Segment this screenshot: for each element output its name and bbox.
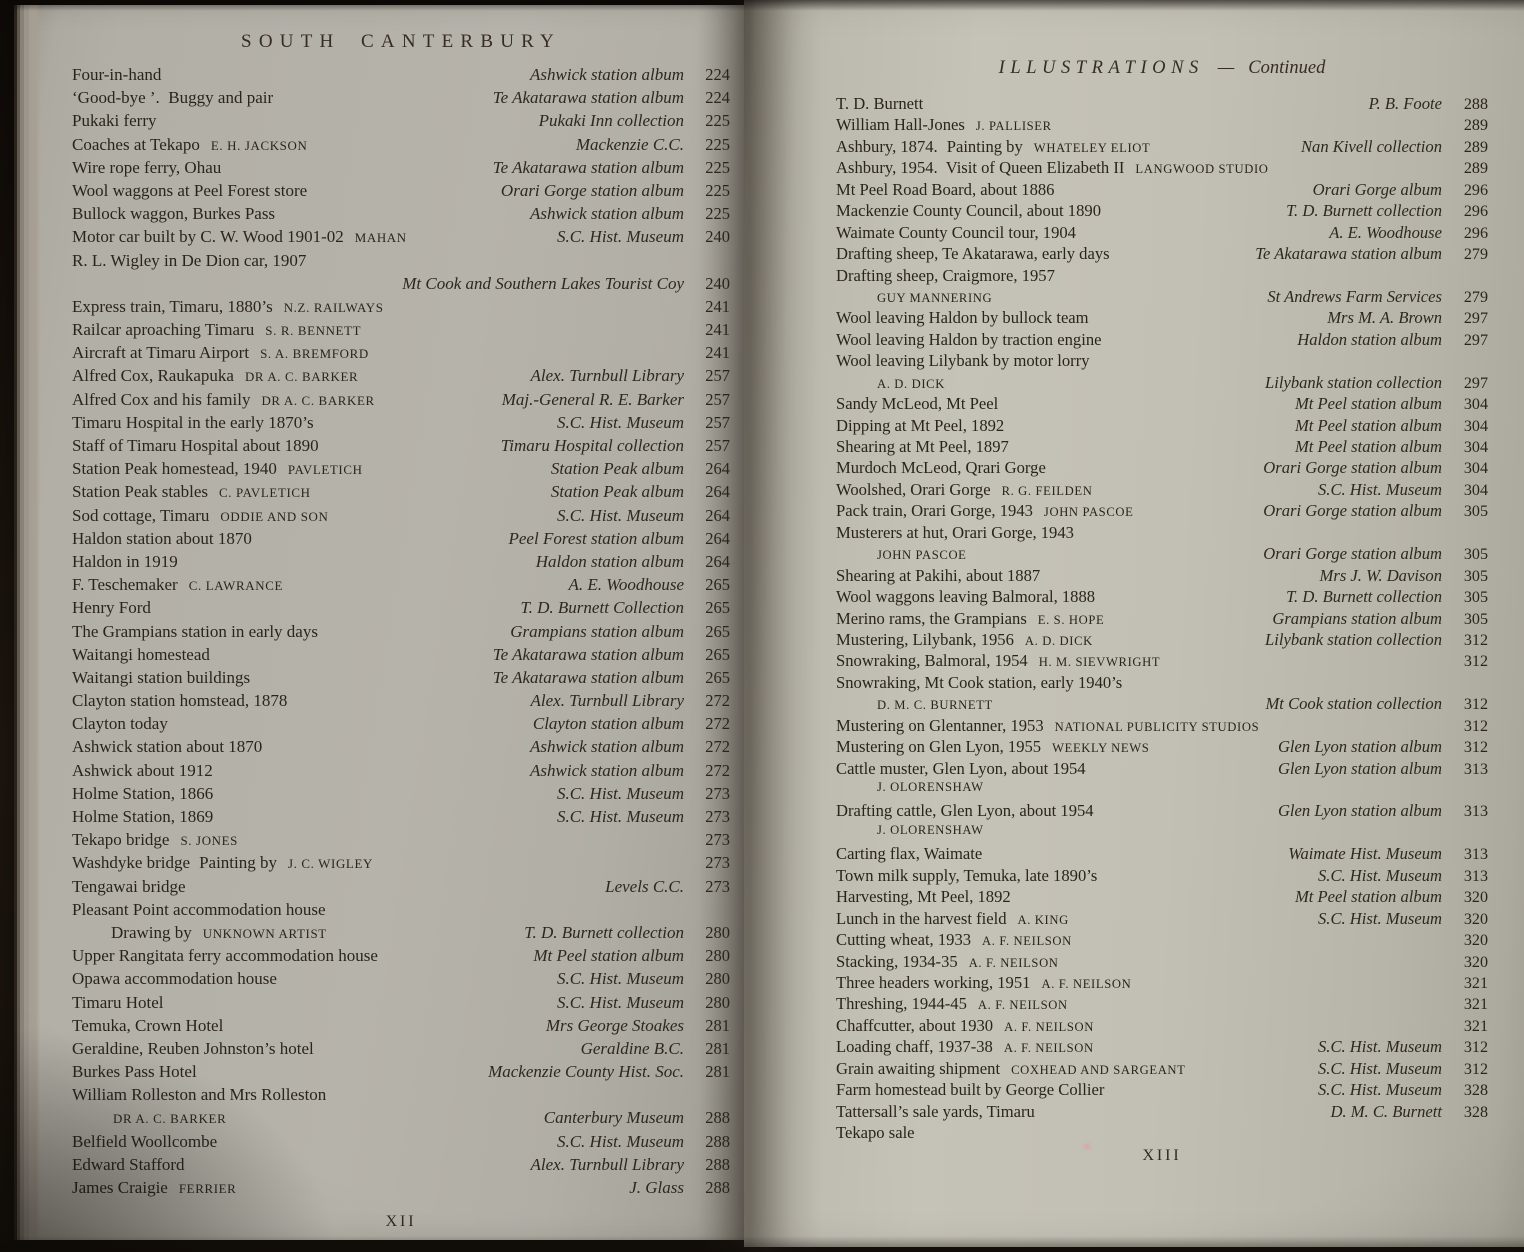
entry-title: Wool waggons leaving Balmoral, 1888 [836, 587, 1095, 607]
entry-source: Glen Lyon station album [1264, 737, 1442, 757]
entry-credit: A. D. DICK [1025, 634, 1093, 649]
entry-page-ref: 265 [686, 622, 730, 642]
entry-credit: C. LAWRANCE [189, 578, 283, 594]
entry-source: Te Akatarawa station album [479, 668, 684, 688]
index-row: J. OLORENSHAW [836, 780, 1488, 801]
index-row: Haldon station about 1870Peel Forest sta… [72, 529, 730, 552]
entry-page-ref: 288 [686, 1178, 730, 1198]
entry-page-ref: 225 [686, 181, 730, 201]
entry-source: T. D. Burnett collection [510, 923, 684, 943]
entry-title: Wool leaving Lilybank by motor lorry [836, 351, 1090, 371]
index-row: Drawing byUNKNOWN ARTISTT. D. Burnett co… [72, 923, 730, 946]
entry-credit: NATIONAL PUBLICITY STUDIOS [1055, 720, 1260, 735]
index-row: Holme Station, 1866S.C. Hist. Museum273 [72, 784, 730, 807]
entry-source: Mt Cook and Southern Lakes Tourist Coy [388, 274, 684, 294]
entry-title: Carting flax, Waimate [836, 844, 982, 864]
index-row: Merino rams, the GrampiansE. S. HOPEGram… [836, 609, 1488, 630]
entry-credit: ODDIE AND SON [220, 509, 328, 525]
entry-page-ref: 320 [1444, 932, 1488, 950]
left-page-header: SOUTH CANTERBURY [72, 31, 730, 53]
index-row: GUY MANNERINGSt Andrews Farm Services279 [836, 287, 1488, 308]
index-row: Ashwick about 1912Ashwick station album2… [72, 761, 730, 784]
entry-title: Clayton today [72, 714, 168, 734]
entry-title: Drafting sheep, Craigmore, 1957 [836, 266, 1055, 286]
entry-source: Station Peak album [537, 482, 684, 502]
index-row: Upper Rangitata ferry accommodation hous… [72, 946, 730, 969]
entry-page-ref: 241 [686, 320, 730, 340]
entry-page-ref: 305 [1444, 546, 1488, 564]
index-row: Timaru HotelS.C. Hist. Museum280 [72, 993, 730, 1016]
entry-source: Pukaki Inn collection [525, 111, 684, 131]
entry-credit: E. H. JACKSON [211, 138, 308, 154]
entry-title: Alfred Cox, Raukapuka [72, 366, 234, 386]
entry-credit: A. D. DICK [877, 377, 945, 392]
entry-credit: A. F. NEILSON [969, 956, 1059, 971]
entry-page-ref: 257 [686, 366, 730, 386]
entry-credit: JOHN PASCOE [1044, 505, 1134, 520]
entry-title: Loading chaff, 1937-38 [836, 1037, 993, 1057]
index-row: Chaffcutter, about 1930A. F. NEILSON321 [836, 1016, 1488, 1037]
entry-title: Express train, Timaru, 1880’s [72, 297, 273, 317]
index-row: Farm homestead built by George CollierS.… [836, 1080, 1488, 1101]
entry-credit: D. M. C. BURNETT [877, 698, 993, 713]
entry-credit: J. OLORENSHAW [877, 780, 984, 795]
entry-source: Mackenzie County Hist. Soc. [474, 1062, 684, 1082]
index-row: Lunch in the harvest fieldA. KINGS.C. Hi… [836, 909, 1488, 930]
left-folio: XII [72, 1213, 730, 1231]
entry-source: Levels C.C. [591, 877, 684, 897]
entry-title: Railcar aproaching Timaru [72, 320, 254, 340]
index-row: Three headers working, 1951A. F. NEILSON… [836, 973, 1488, 994]
entry-title: Farm homestead built by George Collier [836, 1080, 1104, 1100]
entry-source: Mrs George Stoakes [532, 1016, 684, 1036]
entry-credit-prefix: Drawing by [111, 923, 192, 943]
entry-title: Mt Peel Road Board, about 1886 [836, 180, 1054, 200]
entry-source: D. M. C. Burnett [1316, 1102, 1442, 1122]
entry-page-ref: 289 [1444, 160, 1488, 178]
right-page: ILLUSTRATIONS—Continued T. D. BurnettP. … [744, 0, 1524, 1247]
entry-title: Edward Stafford [72, 1155, 185, 1175]
entry-page-ref: 320 [1444, 954, 1488, 972]
entry-source: Haldon station album [522, 552, 684, 572]
entry-title: Alfred Cox and his family [72, 390, 250, 410]
entry-title: Ashbury, 1954. Visit of Queen Elizabeth … [836, 158, 1124, 178]
entry-source: Mrs M. A. Brown [1313, 308, 1442, 328]
index-row: Tekapo sale [836, 1123, 1488, 1144]
entry-credit: FERRIER [179, 1181, 237, 1197]
entry-title: Four-in-hand [72, 65, 161, 85]
entry-title: Merino rams, the Grampians [836, 609, 1027, 629]
entry-page-ref: 265 [686, 598, 730, 618]
entry-page-ref: 279 [1444, 289, 1488, 307]
entry-source: Lilybank station collection [1251, 373, 1442, 393]
index-row: Town milk supply, Temuka, late 1890’sS.C… [836, 866, 1488, 887]
entry-page-ref: 296 [1444, 225, 1488, 243]
entry-source: Orari Gorge station album [1249, 458, 1442, 478]
index-row: Drafting sheep, Te Akatarawa, early days… [836, 244, 1488, 265]
entry-title: Snowraking, Mt Cook station, early 1940’… [836, 673, 1122, 693]
entry-title: Clayton station homstead, 1878 [72, 691, 287, 711]
entry-source: Lilybank station collection [1251, 630, 1442, 650]
entry-title: Pleasant Point accommodation house [72, 900, 326, 920]
entry-credit: WEEKLY NEWS [1052, 741, 1149, 756]
entry-source: Timaru Hospital collection [487, 436, 684, 456]
index-row: Mustering on Glen Lyon, 1955WEEKLY NEWSG… [836, 737, 1488, 758]
index-row: Threshing, 1944-45A. F. NEILSON321 [836, 994, 1488, 1015]
entry-source: Te Akatarawa station album [1241, 244, 1442, 264]
entry-source: S.C. Hist. Museum [543, 969, 684, 989]
index-row: Sod cottage, TimaruODDIE AND SONS.C. His… [72, 506, 730, 529]
index-row: Sandy McLeod, Mt PeelMt Peel station alb… [836, 394, 1488, 415]
entry-page-ref: 265 [686, 668, 730, 688]
entry-credit: LANGWOOD STUDIO [1135, 162, 1268, 177]
index-row: Loading chaff, 1937-38A. F. NEILSONS.C. … [836, 1037, 1488, 1058]
entry-page-ref: 296 [1444, 203, 1488, 221]
entry-source: S.C. Hist. Museum [1304, 1080, 1442, 1100]
entry-page-ref: 312 [1444, 1061, 1488, 1079]
entry-page-ref: 264 [686, 482, 730, 502]
entry-title: James Craigie [72, 1178, 168, 1198]
index-row: Belfield WoollcombeS.C. Hist. Museum288 [72, 1132, 730, 1155]
entry-title: Mustering, Lilybank, 1956 [836, 630, 1014, 650]
index-row: Musterers at hut, Orari Gorge, 1943 [836, 523, 1488, 544]
entry-title: Temuka, Crown Hotel [72, 1016, 223, 1036]
entry-source: Alex. Turnbull Library [517, 1155, 684, 1175]
entry-title: Pukaki ferry [72, 111, 157, 131]
entry-title: Shearing at Mt Peel, 1897 [836, 437, 1009, 457]
index-row: Pukaki ferryPukaki Inn collection225 [72, 111, 730, 134]
entry-title: Sandy McLeod, Mt Peel [836, 394, 998, 414]
index-row: Wool waggons at Peel Forest storeOrari G… [72, 181, 730, 204]
entry-title: Lunch in the harvest field [836, 909, 1007, 929]
entry-source: T. D. Burnett collection [1272, 201, 1442, 221]
entry-source: Nan Kivell collection [1287, 137, 1442, 157]
entry-title: Haldon station about 1870 [72, 529, 252, 549]
entry-page-ref: 288 [686, 1155, 730, 1175]
index-row: Waimate County Council tour, 1904A. E. W… [836, 223, 1488, 244]
right-page-content: ILLUSTRATIONS—Continued T. D. BurnettP. … [836, 58, 1488, 1165]
entry-page-ref: 296 [1444, 182, 1488, 200]
entry-page-ref: 305 [1444, 568, 1488, 586]
entry-source: Mt Peel station album [1281, 437, 1442, 457]
index-row: Edward StaffordAlex. Turnbull Library288 [72, 1155, 730, 1178]
entry-credit: A. F. NEILSON [1004, 1020, 1094, 1035]
index-row: D. M. C. BURNETTMt Cook station collecti… [836, 694, 1488, 715]
entry-title: Ashbury, 1874. [836, 137, 938, 157]
entry-source: Te Akatarawa station album [479, 88, 684, 108]
heading-continued: Continued [1248, 58, 1325, 78]
entry-source: S.C. Hist. Museum [543, 784, 684, 804]
entry-title: Mustering on Glentanner, 1953 [836, 716, 1044, 736]
entry-credit: GUY MANNERING [877, 291, 992, 306]
entry-title: William Hall-Jones [836, 115, 965, 135]
index-row: Grain awaiting shipmentCOXHEAD AND SARGE… [836, 1059, 1488, 1080]
entry-page-ref: 312 [1444, 632, 1488, 650]
entry-title: Aircraft at Timaru Airport [72, 343, 249, 363]
entry-page-ref: 241 [686, 297, 730, 317]
index-row: Cutting wheat, 1933A. F. NEILSON320 [836, 930, 1488, 951]
entry-source: Ashwick station album [516, 65, 684, 85]
entry-title: Shearing at Pakihi, about 1887 [836, 566, 1040, 586]
entry-page-ref: 312 [1444, 718, 1488, 736]
entry-page-ref: 288 [1444, 96, 1488, 114]
index-row: Clayton todayClayton station album272 [72, 714, 730, 737]
entry-title: Threshing, 1944-45 [836, 994, 967, 1014]
right-page-header: ILLUSTRATIONS—Continued [836, 58, 1488, 79]
entry-credit: S. R. BENNETT [265, 323, 361, 339]
entry-title: Ashwick about 1912 [72, 761, 213, 781]
entry-page-ref: 272 [686, 737, 730, 757]
entry-source: Alex. Turnbull Library [517, 366, 684, 386]
index-row: Tekapo bridgeS. JONES273 [72, 830, 730, 853]
entry-page-ref: 312 [1444, 653, 1488, 671]
index-row: Opawa accommodation houseS.C. Hist. Muse… [72, 969, 730, 992]
entry-title: Haldon in 1919 [72, 552, 178, 572]
entry-source: Mt Peel station album [1281, 887, 1442, 907]
entry-credit: COXHEAD AND SARGEANT [1011, 1063, 1185, 1078]
index-row: Wool waggons leaving Balmoral, 1888T. D.… [836, 587, 1488, 608]
entry-source: Mackenzie C.C. [562, 135, 684, 155]
index-row: Ashbury, 1874.Painting byWHATELEY ELIOTN… [836, 137, 1488, 158]
entry-page-ref: 241 [686, 343, 730, 363]
index-row: Tengawai bridgeLevels C.C.273 [72, 877, 730, 900]
entry-credit-prefix: Painting by [947, 137, 1023, 157]
entry-source: Haldon station album [1283, 330, 1442, 350]
entry-source: Ashwick station album [516, 737, 684, 757]
entry-title: Mustering on Glen Lyon, 1955 [836, 737, 1041, 757]
index-row: Carting flax, WaimateWaimate Hist. Museu… [836, 844, 1488, 865]
entry-page-ref: 273 [686, 807, 730, 827]
entry-page-ref: 328 [1444, 1082, 1488, 1100]
entry-page-ref: 321 [1444, 975, 1488, 993]
entry-title: Staff of Timaru Hospital about 1890 [72, 436, 319, 456]
entry-title: Cattle muster, Glen Lyon, about 1954 [836, 759, 1086, 779]
entry-source: Glen Lyon station album [1264, 759, 1442, 779]
entry-source: S.C. Hist. Museum [543, 993, 684, 1013]
entry-credit: DR A. C. BARKER [113, 1111, 226, 1127]
entry-source: Orari Gorge album [1299, 180, 1442, 200]
index-row: James CraigieFERRIERJ. Glass288 [72, 1178, 730, 1201]
index-row: Drafting cattle, Glen Lyon, about 1954Gl… [836, 801, 1488, 822]
entry-credit: S. A. BREMFORD [260, 346, 369, 362]
entry-source: Ashwick station album [516, 761, 684, 781]
index-row: Snowraking, Mt Cook station, early 1940’… [836, 673, 1488, 694]
entry-title: Waitangi station buildings [72, 668, 250, 688]
entry-source: S.C. Hist. Museum [1304, 909, 1442, 929]
index-row: Alfred Cox and his familyDR A. C. BARKER… [72, 390, 730, 413]
entry-source: Waimate Hist. Museum [1274, 844, 1442, 864]
entry-page-ref: 312 [1444, 696, 1488, 714]
entry-title: Opawa accommodation house [72, 969, 277, 989]
index-row: Mustering on Glentanner, 1953NATIONAL PU… [836, 716, 1488, 737]
entry-page-ref: 313 [1444, 846, 1488, 864]
entry-source: A. E. Woodhouse [554, 575, 684, 595]
entry-credit: MAHAN [355, 230, 407, 246]
entry-source: Geraldine B.C. [567, 1039, 684, 1059]
entry-title: Bullock waggon, Burkes Pass [72, 204, 275, 224]
entry-page-ref: 257 [686, 436, 730, 456]
index-row: Snowraking, Balmoral, 1954H. M. SIEVWRIG… [836, 651, 1488, 672]
index-row: Coaches at TekapoE. H. JACKSONMackenzie … [72, 135, 730, 158]
illustrations-heading: ILLUSTRATIONS [999, 58, 1204, 78]
entry-title: Cutting wheat, 1933 [836, 930, 971, 950]
entry-source: S.C. Hist. Museum [1304, 1059, 1442, 1079]
entry-page-ref: 297 [1444, 310, 1488, 328]
entry-title: Stacking, 1934-35 [836, 952, 958, 972]
entry-title: F. Teschemaker [72, 575, 178, 595]
entry-page-ref: 257 [686, 390, 730, 410]
entry-title: Chaffcutter, about 1930 [836, 1016, 993, 1036]
index-row: Waitangi station buildingsTe Akatarawa s… [72, 668, 730, 691]
entry-title: Henry Ford [72, 598, 151, 618]
entry-source: S.C. Hist. Museum [1304, 1037, 1442, 1057]
entry-page-ref: 312 [1444, 739, 1488, 757]
entry-source: Mt Peel station album [1281, 416, 1442, 436]
entry-title: Holme Station, 1869 [72, 807, 213, 827]
entry-title: Wool waggons at Peel Forest store [72, 181, 307, 201]
entry-page-ref: 264 [686, 529, 730, 549]
entry-source: Canterbury Museum [530, 1108, 684, 1128]
entry-page-ref: 225 [686, 204, 730, 224]
index-row: Woolshed, Orari GorgeR. G. FEILDENS.C. H… [836, 480, 1488, 501]
entry-page-ref: 225 [686, 111, 730, 131]
entry-credit: J. C. WIGLEY [288, 856, 373, 872]
entry-source: T. D. Burnett Collection [506, 598, 684, 618]
index-row: Wool leaving Lilybank by motor lorry [836, 351, 1488, 372]
index-row: Shearing at Mt Peel, 1897Mt Peel station… [836, 437, 1488, 458]
index-row: Wire rope ferry, OhauTe Akatarawa statio… [72, 158, 730, 181]
entry-page-ref: 304 [1444, 460, 1488, 478]
entry-source: Te Akatarawa station album [479, 645, 684, 665]
index-row: Wool leaving Haldon by traction engineHa… [836, 330, 1488, 351]
index-row: Mustering, Lilybank, 1956A. D. DICKLilyb… [836, 630, 1488, 651]
entry-title: Waimate County Council tour, 1904 [836, 223, 1076, 243]
index-row: Wool leaving Haldon by bullock teamMrs M… [836, 308, 1488, 329]
index-row: Timaru Hospital in the early 1870’sS.C. … [72, 413, 730, 436]
entry-page-ref: 281 [686, 1062, 730, 1082]
entry-credit: C. PAVLETICH [219, 485, 311, 501]
entry-source: Orari Gorge station album [1249, 501, 1442, 521]
entry-title: Holme Station, 1866 [72, 784, 213, 804]
entry-title: Ashwick station about 1870 [72, 737, 262, 757]
entry-title: Station Peak stables [72, 482, 208, 502]
entry-page-ref: 320 [1444, 889, 1488, 907]
entry-page-ref: 313 [1444, 761, 1488, 779]
entry-credit: S. JONES [180, 833, 238, 849]
entry-title: T. D. Burnett [836, 94, 923, 114]
entry-source: Mt Peel station album [519, 946, 684, 966]
index-row: Pleasant Point accommodation house [72, 900, 730, 923]
index-row: JOHN PASCOEOrari Gorge station album305 [836, 544, 1488, 565]
entry-credit: JOHN PASCOE [877, 548, 967, 563]
entry-title: Grain awaiting shipment [836, 1059, 1000, 1079]
entry-credit: A. F. NEILSON [1041, 977, 1131, 992]
index-row: Mt Peel Road Board, about 1886Orari Gorg… [836, 180, 1488, 201]
index-row: Four-in-handAshwick station album224 [72, 65, 730, 88]
entry-source: Te Akatarawa station album [479, 158, 684, 178]
entry-page-ref: 289 [1444, 139, 1488, 157]
entry-source: Ashwick station album [516, 204, 684, 224]
index-row: Temuka, Crown HotelMrs George Stoakes281 [72, 1016, 730, 1039]
entry-title: Woolshed, Orari Gorge [836, 480, 991, 500]
index-row: Clayton station homstead, 1878Alex. Turn… [72, 691, 730, 714]
entry-page-ref: 289 [1444, 117, 1488, 135]
index-row: Pack train, Orari Gorge, 1943JOHN PASCOE… [836, 501, 1488, 522]
index-row: R. L. Wigley in De Dion car, 1907 [72, 251, 730, 274]
left-page-index-rows: Four-in-handAshwick station album224‘Goo… [72, 65, 730, 1201]
entry-title: Murdoch McLeod, Qrari Gorge [836, 458, 1046, 478]
index-row: Haldon in 1919Haldon station album264 [72, 552, 730, 575]
entry-page-ref: 273 [686, 877, 730, 897]
entry-credit: DR A. C. BARKER [245, 369, 358, 385]
entry-credit: A. KING [1018, 913, 1069, 928]
entry-page-ref: 264 [686, 552, 730, 572]
entry-page-ref: 312 [1444, 1039, 1488, 1057]
index-row: Staff of Timaru Hospital about 1890Timar… [72, 436, 730, 459]
entry-page-ref: 240 [686, 227, 730, 247]
index-row: William Rolleston and Mrs Rolleston [72, 1085, 730, 1108]
entry-source: St Andrews Farm Services [1253, 287, 1442, 307]
entry-title: Tekapo sale [836, 1123, 915, 1143]
left-page: SOUTH CANTERBURY Four-in-handAshwick sta… [14, 5, 744, 1240]
entry-source: Station Peak album [537, 459, 684, 479]
index-row: Henry FordT. D. Burnett Collection265 [72, 598, 730, 621]
entry-page-ref: 281 [686, 1016, 730, 1036]
entry-credit: E. S. HOPE [1038, 613, 1105, 628]
entry-page-ref: 305 [1444, 589, 1488, 607]
entry-page-ref: 281 [686, 1039, 730, 1059]
index-row: Motor car built by C. W. Wood 1901-02MAH… [72, 227, 730, 250]
entry-page-ref: 280 [686, 923, 730, 943]
entry-page-ref: 313 [1444, 803, 1488, 821]
entry-title: Timaru Hotel [72, 993, 163, 1013]
index-row: Harvesting, Mt Peel, 1892Mt Peel station… [836, 887, 1488, 908]
entry-source: S.C. Hist. Museum [1304, 866, 1442, 886]
entry-source: P. B. Foote [1355, 94, 1442, 114]
entry-page-ref: 240 [686, 274, 730, 294]
index-row: Burkes Pass HotelMackenzie County Hist. … [72, 1062, 730, 1085]
entry-source: Orari Gorge station album [1249, 544, 1442, 564]
entry-page-ref: 279 [1444, 246, 1488, 264]
entry-page-ref: 328 [1444, 1104, 1488, 1122]
entry-title: Drafting cattle, Glen Lyon, about 1954 [836, 801, 1094, 821]
entry-source: Grampians station album [1258, 609, 1442, 629]
index-row: Express train, Timaru, 1880’sN.Z. RAILWA… [72, 297, 730, 320]
entry-credit: N.Z. RAILWAYS [284, 300, 384, 316]
entry-page-ref: 264 [686, 459, 730, 479]
index-row: Alfred Cox, RaukapukaDR A. C. BARKERAlex… [72, 366, 730, 389]
entry-page-ref: 305 [1444, 611, 1488, 629]
entry-title: R. L. Wigley in De Dion car, 1907 [72, 251, 306, 271]
entry-title: The Grampians station in early days [72, 622, 318, 642]
entry-title: Geraldine, Reuben Johnston’s hotel [72, 1039, 314, 1059]
index-row: Aircraft at Timaru AirportS. A. BREMFORD… [72, 343, 730, 366]
entry-source: T. D. Burnett collection [1272, 587, 1442, 607]
page-edges [14, 5, 40, 1240]
entry-page-ref: 305 [1444, 503, 1488, 521]
entry-page-ref: 224 [686, 65, 730, 85]
entry-title: William Rolleston and Mrs Rolleston [72, 1085, 326, 1105]
entry-title: Washdyke bridge [72, 853, 190, 873]
index-row: Cattle muster, Glen Lyon, about 1954Glen… [836, 759, 1488, 780]
entry-credit: R. G. FEILDEN [1002, 484, 1093, 499]
entry-source: S.C. Hist. Museum [543, 506, 684, 526]
entry-page-ref: 265 [686, 645, 730, 665]
entry-title: ‘Good-bye ’. Buggy and pair [72, 88, 273, 108]
entry-title: Tekapo bridge [72, 830, 169, 850]
entry-source: Mt Peel station album [1281, 394, 1442, 414]
right-page-index-rows: T. D. BurnettP. B. Foote288William Hall-… [836, 94, 1488, 1144]
